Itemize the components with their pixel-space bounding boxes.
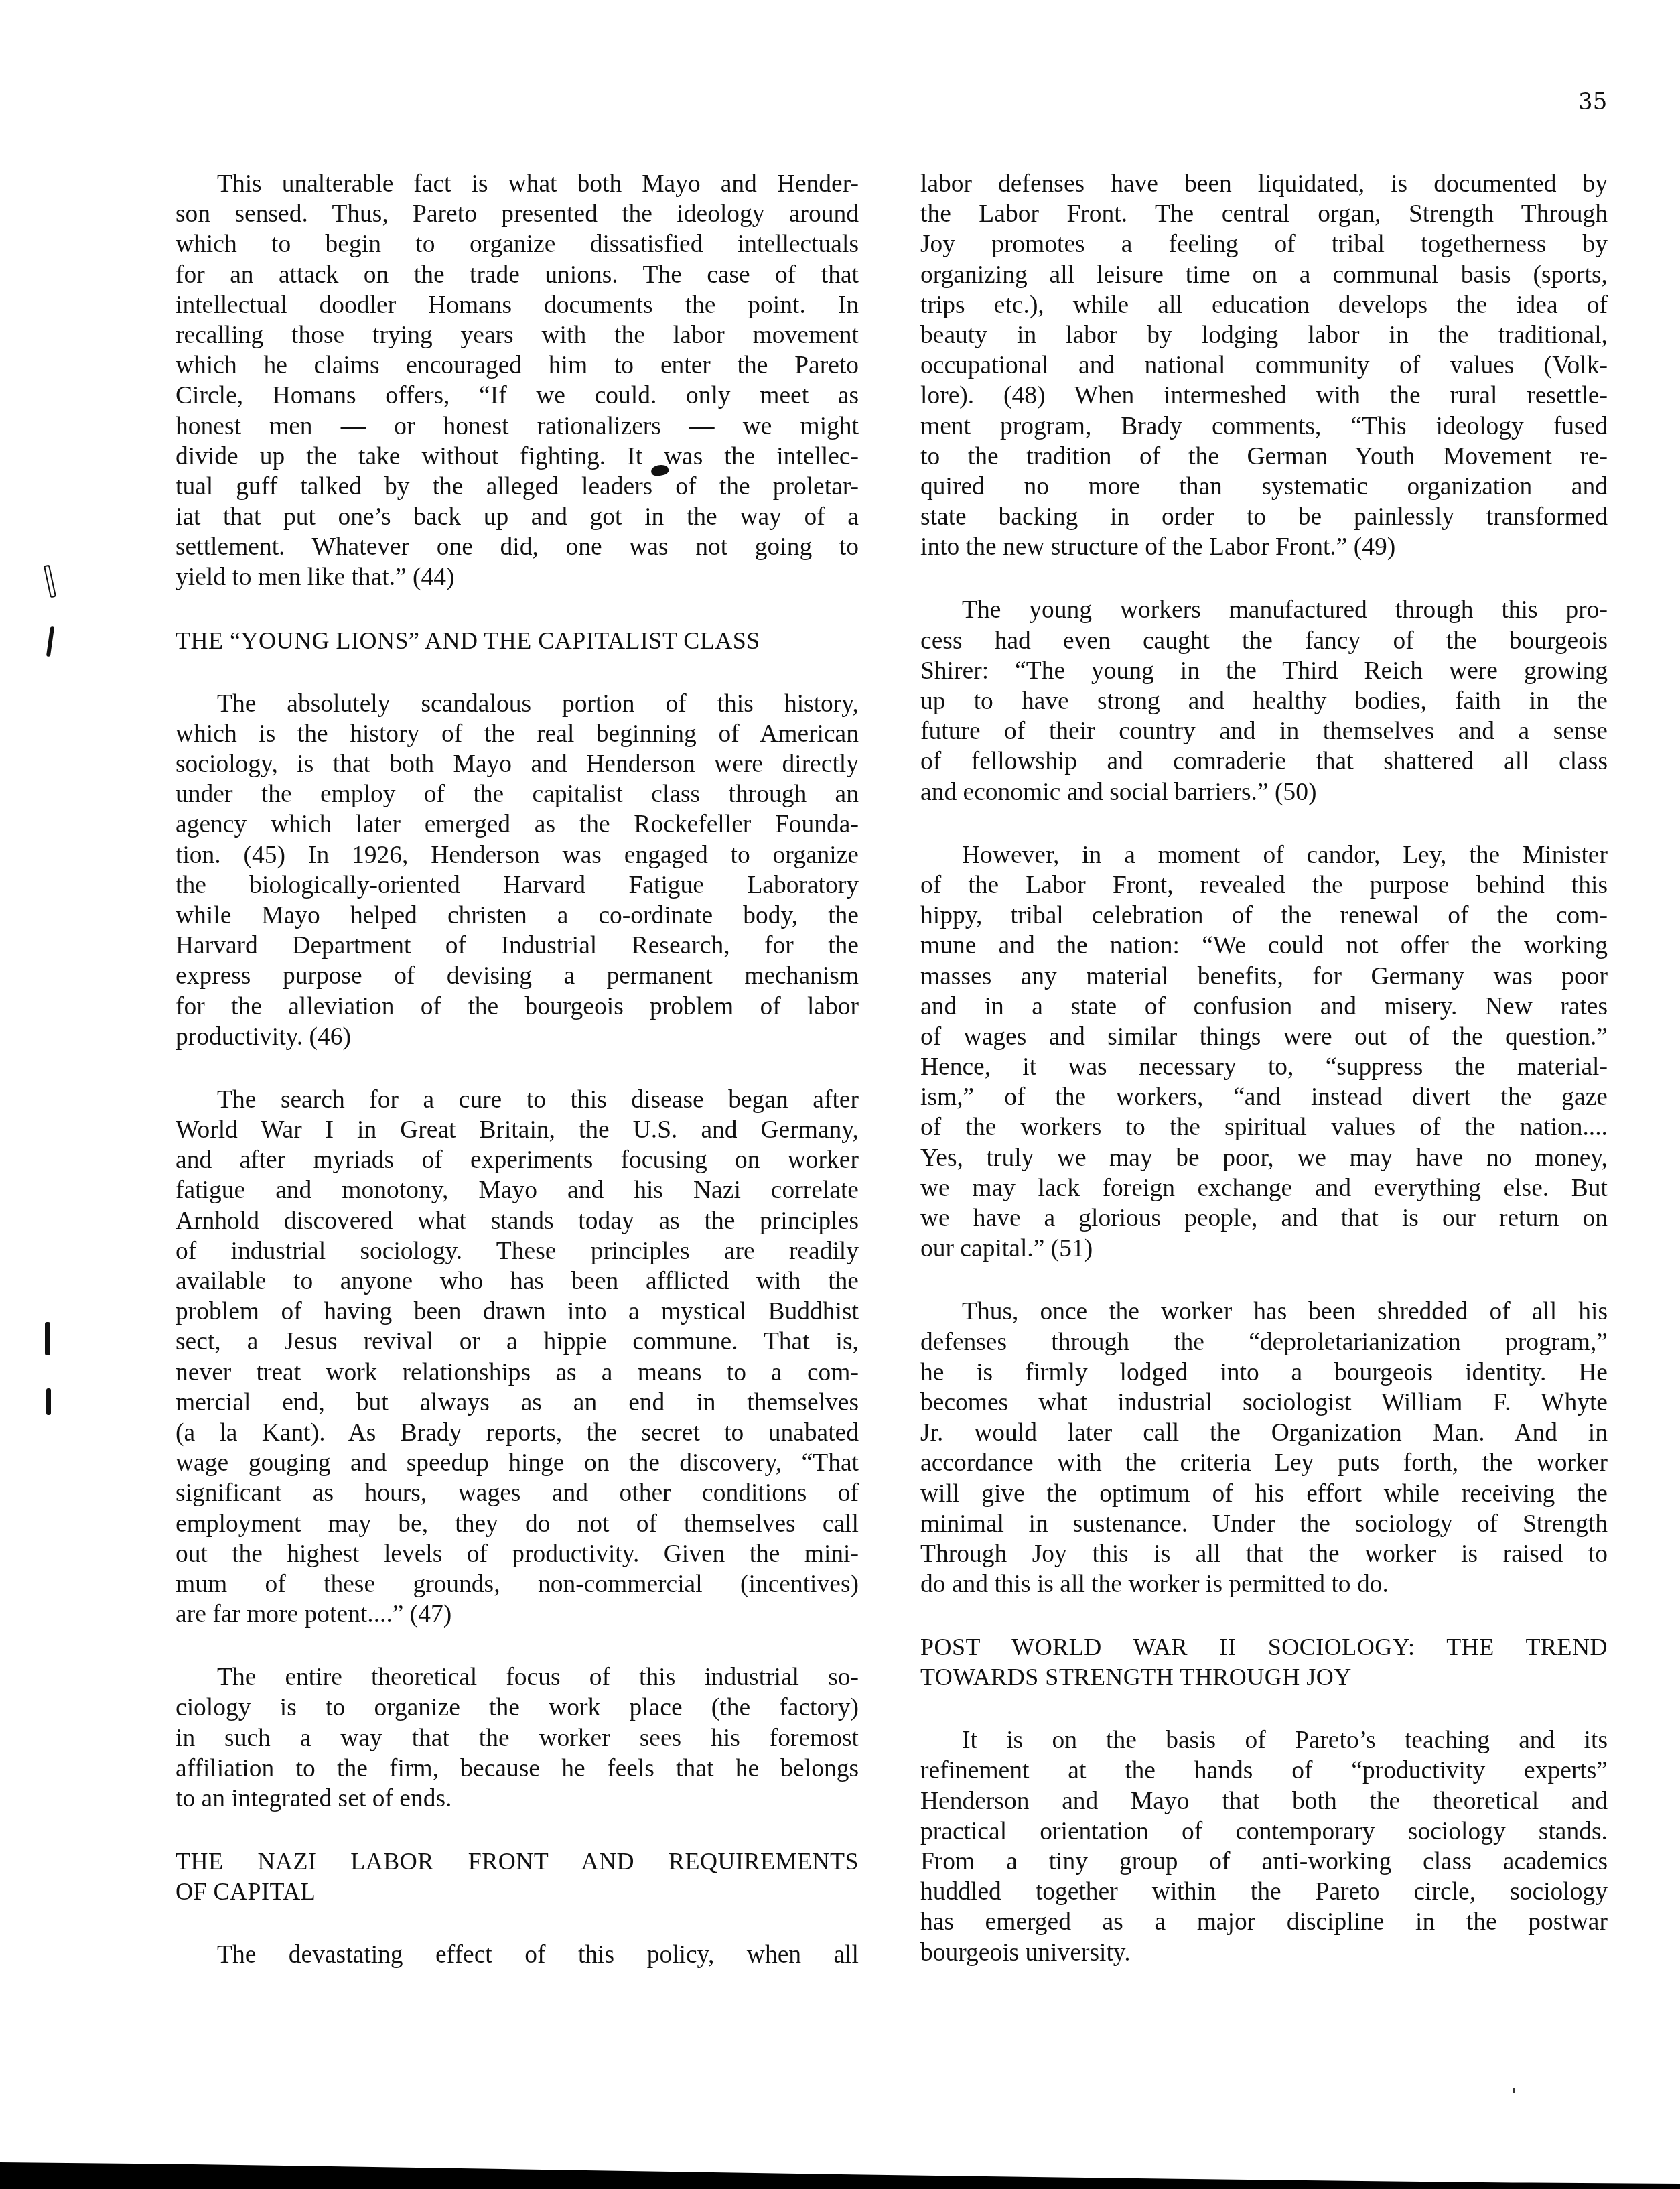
text-line: state backing in order to be painlessly …	[920, 502, 1608, 532]
text-line: express purpose of devising a permanent …	[176, 961, 859, 991]
text-line: beauty in labor by lodging labor in the …	[920, 320, 1608, 350]
text-line: Arnhold discovered what stands today as …	[176, 1206, 859, 1236]
scan-edge	[0, 2162, 1680, 2189]
section-heading: THE NAZI LABOR FRONT AND REQUIREMENTSOF …	[176, 1847, 859, 1907]
text-line: Joy promotes a feeling of tribal togethe…	[920, 229, 1608, 259]
text-line: Yes, truly we may be poor, we may have n…	[920, 1143, 1608, 1173]
text-line: bourgeois university.	[920, 1938, 1608, 1968]
paragraph: Thus, once the worker has been shredded …	[920, 1297, 1608, 1599]
text-line: mercial end, but always as an end in the…	[176, 1388, 859, 1418]
text-line: and after myriads of experiments focusin…	[176, 1145, 859, 1175]
text-line: divide up the take without fighting. It …	[176, 442, 859, 472]
text-line: and economic and social barriers.” (50)	[920, 777, 1608, 807]
text-line: This unalterable fact is what both Mayo …	[176, 169, 859, 199]
text-line: cess had even caught the fancy of the bo…	[920, 626, 1608, 656]
text-line: will give the optimum of his effort whil…	[920, 1479, 1608, 1509]
text-line: and in a state of confusion and misery. …	[920, 992, 1608, 1022]
text-line: labor defenses have been liquidated, is …	[920, 169, 1608, 199]
margin-mark	[46, 1388, 51, 1415]
text-line: mum of these grounds, non-commercial (in…	[176, 1569, 859, 1599]
text-line: minimal in sustenance. Under the sociolo…	[920, 1509, 1608, 1539]
text-line: up to have strong and healthy bodies, fa…	[920, 686, 1608, 716]
text-line: The devastating effect of this policy, w…	[176, 1940, 859, 1970]
text-line: Thus, once the worker has been shredded …	[920, 1297, 1608, 1327]
text-line: However, in a moment of candor, Ley, the…	[920, 840, 1608, 870]
text-line: TOWARDS STRENGTH THROUGH JOY	[920, 1662, 1608, 1693]
text-line: It is on the basis of Pareto’s teaching …	[920, 1725, 1608, 1755]
right-column: labor defenses have been liquidated, is …	[920, 169, 1608, 2001]
text-line: which he claims encouraged him to enter …	[176, 350, 859, 381]
paragraph: It is on the basis of Pareto’s teaching …	[920, 1725, 1608, 1968]
paragraph: The search for a cure to this disease be…	[176, 1085, 859, 1630]
paragraph: The devastating effect of this policy, w…	[176, 1940, 859, 1970]
text-line: THE “YOUNG LIONS” AND THE CAPITALIST CLA…	[176, 626, 859, 656]
section-heading: POST WORLD WAR II SOCIOLOGY: THE TRENDTO…	[920, 1632, 1608, 1693]
text-line: out the highest levels of productivity. …	[176, 1539, 859, 1569]
text-line: Shirer: “The young in the Third Reich we…	[920, 656, 1608, 686]
text-line: which to begin to organize dissatisfied …	[176, 229, 859, 259]
text-line: organizing all leisure time on a communa…	[920, 260, 1608, 290]
text-line: Circle, Homans offers, “If we could. onl…	[176, 381, 859, 411]
text-line: tion. (45) In 1926, Henderson was engage…	[176, 840, 859, 870]
text-line: which is the history of the real beginni…	[176, 719, 859, 749]
text-line: son sensed. Thus, Pareto presented the i…	[176, 199, 859, 229]
text-line: to an integrated set of ends.	[176, 1784, 859, 1814]
margin-mark	[46, 626, 54, 657]
text-line: agency which later emerged as the Rockef…	[176, 809, 859, 840]
text-line: intellectual doodler Homans documents th…	[176, 290, 859, 320]
paragraph: The absolutely scandalous portion of thi…	[176, 689, 859, 1052]
text-line: practical orientation of contemporary so…	[920, 1816, 1608, 1847]
text-line: under the employ of the capitalist class…	[176, 779, 859, 809]
page-number: 35	[1578, 88, 1607, 115]
text-line: quired no more than systematic organizat…	[920, 472, 1608, 502]
text-line: ciology is to organize the work place (t…	[176, 1693, 859, 1723]
text-line: The entire theoretical focus of this ind…	[176, 1662, 859, 1693]
text-line: OF CAPITAL	[176, 1877, 859, 1907]
paragraph: The entire theoretical focus of this ind…	[176, 1662, 859, 1814]
text-line: THE NAZI LABOR FRONT AND REQUIREMENTS	[176, 1847, 859, 1877]
paragraph: This unalterable fact is what both Mayo …	[176, 169, 859, 593]
text-line: employment may be, they do not of themse…	[176, 1509, 859, 1539]
text-line: of industrial sociology. These principle…	[176, 1236, 859, 1266]
text-line: we may lack foreign exchange and everyth…	[920, 1173, 1608, 1203]
text-line: defenses through the “deproletarianizati…	[920, 1327, 1608, 1357]
text-line: (a la Kant). As Brady reports, the secre…	[176, 1418, 859, 1448]
text-line: do and this is all the worker is permitt…	[920, 1569, 1608, 1599]
text-line: of fellowship and comraderie that shatte…	[920, 746, 1608, 777]
text-line: are far more potent....” (47)	[176, 1599, 859, 1630]
margin-mark	[44, 565, 56, 598]
text-line: tual guff talked by the alleged leaders …	[176, 472, 859, 502]
scan-speck	[1513, 2088, 1515, 2093]
text-line: hippy, tribal celebration of the renewal…	[920, 901, 1608, 931]
paragraph: However, in a moment of candor, Ley, the…	[920, 840, 1608, 1264]
text-line: productivity. (46)	[176, 1022, 859, 1052]
text-line: has emerged as a major discipline in the…	[920, 1907, 1608, 1937]
text-line: The young workers manufactured through t…	[920, 595, 1608, 625]
text-line: iat that put one’s back up and got in th…	[176, 502, 859, 532]
text-line: into the new structure of the Labor Fron…	[920, 532, 1608, 562]
text-line: fatigue and monotony, Mayo and his Nazi …	[176, 1175, 859, 1205]
text-line: for the alleviation of the bourgeois pro…	[176, 992, 859, 1022]
text-line: sociology, is that both Mayo and Henders…	[176, 749, 859, 779]
text-line: The search for a cure to this disease be…	[176, 1085, 859, 1115]
text-line: wage gouging and speedup hinge on the di…	[176, 1448, 859, 1478]
paragraph: labor defenses have been liquidated, is …	[920, 169, 1608, 562]
text-line: ism,” of the workers, “and instead diver…	[920, 1082, 1608, 1112]
text-line: to the tradition of the German Youth Mov…	[920, 442, 1608, 472]
text-line: refinement at the hands of “productivity…	[920, 1755, 1608, 1786]
text-line: problem of having been drawn into a myst…	[176, 1297, 859, 1327]
text-line: the biologically-oriented Harvard Fatigu…	[176, 870, 859, 901]
text-line: settlement. Whatever one did, one was no…	[176, 532, 859, 562]
text-line: honest men — or honest rationalizers — w…	[176, 411, 859, 442]
text-line: he is firmly lodged into a bourgeois ide…	[920, 1357, 1608, 1388]
text-line: World War I in Great Britain, the U.S. a…	[176, 1115, 859, 1145]
text-line: Harvard Department of Industrial Researc…	[176, 931, 859, 961]
text-line: of the workers to the spiritual values o…	[920, 1112, 1608, 1142]
text-line: mune and the nation: “We could not offer…	[920, 931, 1608, 961]
text-line: for an attack on the trade unions. The c…	[176, 260, 859, 290]
text-line: recalling those trying years with the la…	[176, 320, 859, 350]
text-line: Through Joy this is all that the worker …	[920, 1539, 1608, 1569]
text-line: Jr. would later call the Organization Ma…	[920, 1418, 1608, 1448]
section-heading: THE “YOUNG LIONS” AND THE CAPITALIST CLA…	[176, 626, 859, 656]
text-line: POST WORLD WAR II SOCIOLOGY: THE TREND	[920, 1632, 1608, 1662]
text-line: yield to men like that.” (44)	[176, 562, 859, 592]
text-line: our capital.” (51)	[920, 1234, 1608, 1264]
text-line: in such a way that the worker sees his f…	[176, 1723, 859, 1753]
text-line: becomes what industrial sociologist Will…	[920, 1388, 1608, 1418]
left-column: This unalterable fact is what both Mayo …	[176, 169, 859, 2003]
text-line: Hence, it was necessary to, “suppress th…	[920, 1052, 1608, 1082]
text-line: huddled together within the Pareto circl…	[920, 1877, 1608, 1907]
text-line: affiliation to the firm, because he feel…	[176, 1753, 859, 1784]
text-line: never treat work relationships as a mean…	[176, 1357, 859, 1388]
margin-mark	[45, 1322, 50, 1355]
text-line: ment program, Brady comments, “This ideo…	[920, 411, 1608, 442]
text-line: sect, a Jesus revival or a hippie commun…	[176, 1327, 859, 1357]
text-line: lore). (48) When intermeshed with the ru…	[920, 381, 1608, 411]
text-line: masses any material benefits, for German…	[920, 961, 1608, 992]
text-line: trips etc.), while all education develop…	[920, 290, 1608, 320]
text-line: accordance with the criteria Ley puts fo…	[920, 1448, 1608, 1478]
text-line: available to anyone who has been afflict…	[176, 1266, 859, 1297]
text-line: of the Labor Front, revealed the purpose…	[920, 870, 1608, 901]
text-line: we have a glorious people, and that is o…	[920, 1203, 1608, 1234]
text-line: of wages and similar things were out of …	[920, 1022, 1608, 1052]
text-line: The absolutely scandalous portion of thi…	[176, 689, 859, 719]
paragraph: The young workers manufactured through t…	[920, 595, 1608, 807]
text-line: the Labor Front. The central organ, Stre…	[920, 199, 1608, 229]
text-line: Henderson and Mayo that both the theoret…	[920, 1786, 1608, 1816]
text-line: significant as hours, wages and other co…	[176, 1478, 859, 1508]
text-line: From a tiny group of anti-working class …	[920, 1847, 1608, 1877]
text-line: occupational and national community of v…	[920, 350, 1608, 381]
text-line: while Mayo helped christen a co-ordinate…	[176, 901, 859, 931]
text-line: future of their country and in themselve…	[920, 716, 1608, 746]
